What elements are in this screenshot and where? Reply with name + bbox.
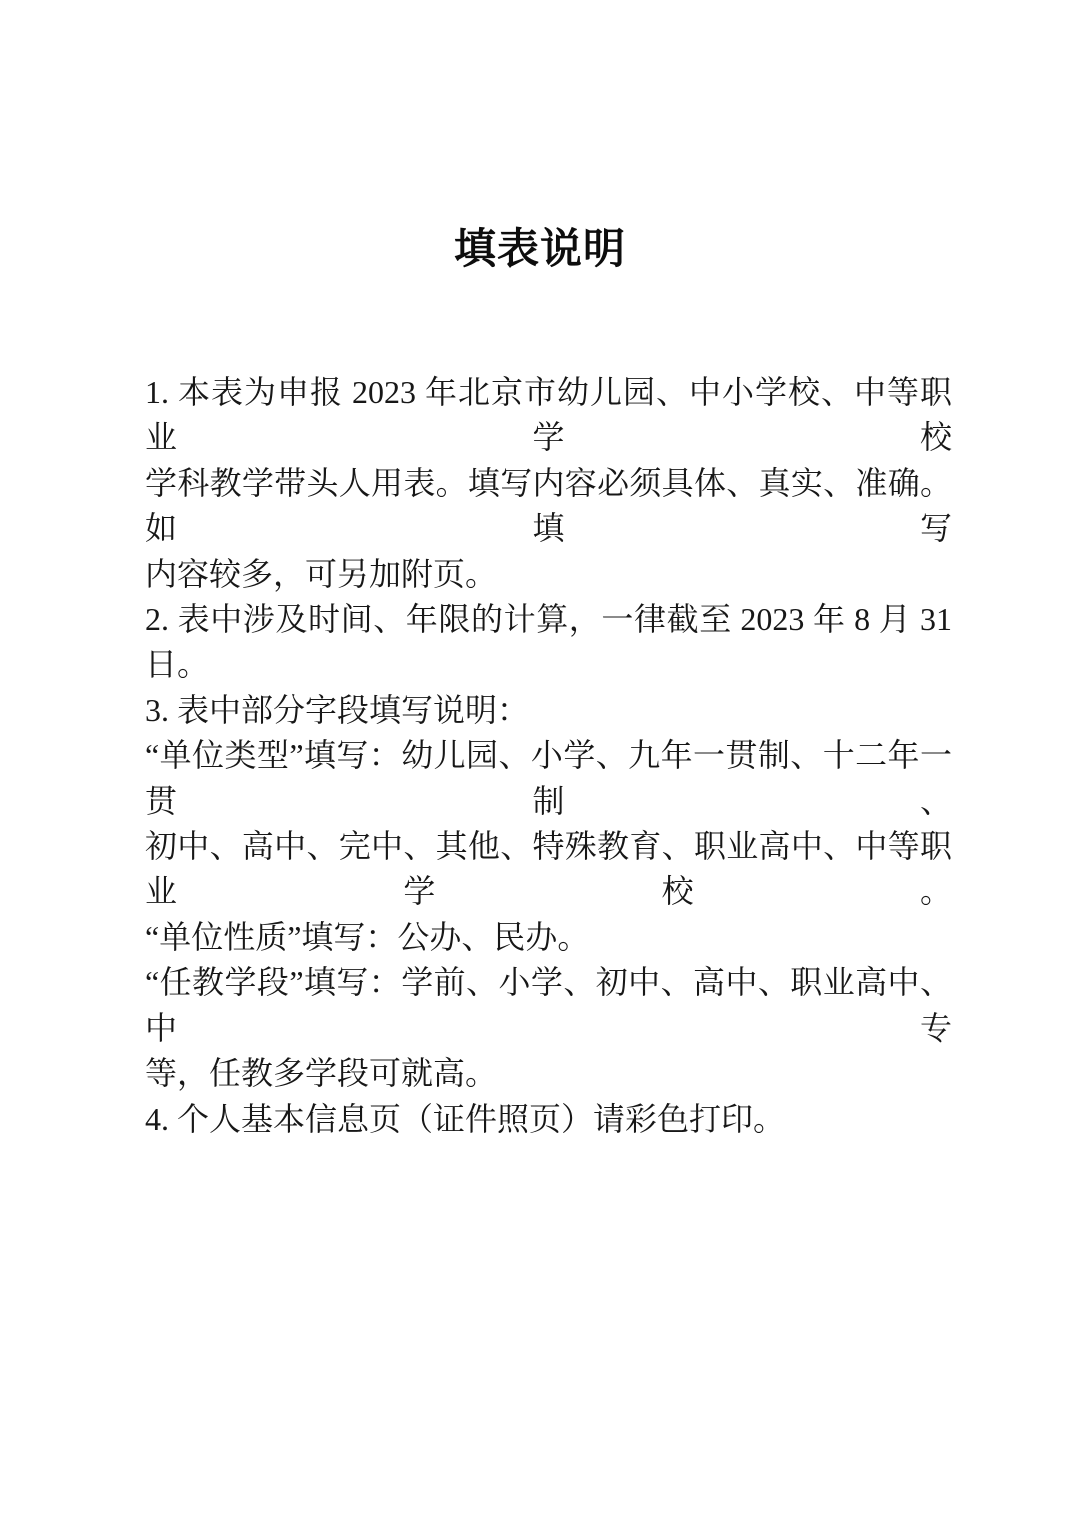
- instruction-line-8: “单位性质”填写：公办、民办。: [145, 915, 952, 960]
- instruction-line-10: 等，任教多学段可就高。: [145, 1051, 952, 1096]
- instruction-line-3: 内容较多，可另加附页。: [145, 552, 952, 597]
- instruction-line-2: 学科教学带头人用表。填写内容必须具体、真实、准确。如填写: [145, 461, 952, 552]
- instructions-body: 1. 本表为申报 2023 年北京市幼儿园、中小学校、中等职业学校 学科教学带头…: [145, 370, 952, 1142]
- instruction-line-1: 1. 本表为申报 2023 年北京市幼儿园、中小学校、中等职业学校: [145, 370, 952, 461]
- instruction-line-11: 4. 个人基本信息页（证件照页）请彩色打印。: [145, 1097, 952, 1142]
- instruction-line-4: 2. 表中涉及时间、年限的计算，一律截至 2023 年 8 月 31 日。: [145, 597, 952, 688]
- page-title: 填表说明: [0, 216, 1080, 276]
- instruction-line-9: “任教学段”填写：学前、小学、初中、高中、职业高中、中专: [145, 960, 952, 1051]
- instruction-line-5: 3. 表中部分字段填写说明：: [145, 688, 952, 733]
- instruction-line-6: “单位类型”填写：幼儿园、小学、九年一贯制、十二年一贯制、: [145, 733, 952, 824]
- document-page: 填表说明 1. 本表为申报 2023 年北京市幼儿园、中小学校、中等职业学校 学…: [0, 0, 1080, 1527]
- instruction-line-7: 初中、高中、完中、其他、特殊教育、职业高中、中等职业学校。: [145, 824, 952, 915]
